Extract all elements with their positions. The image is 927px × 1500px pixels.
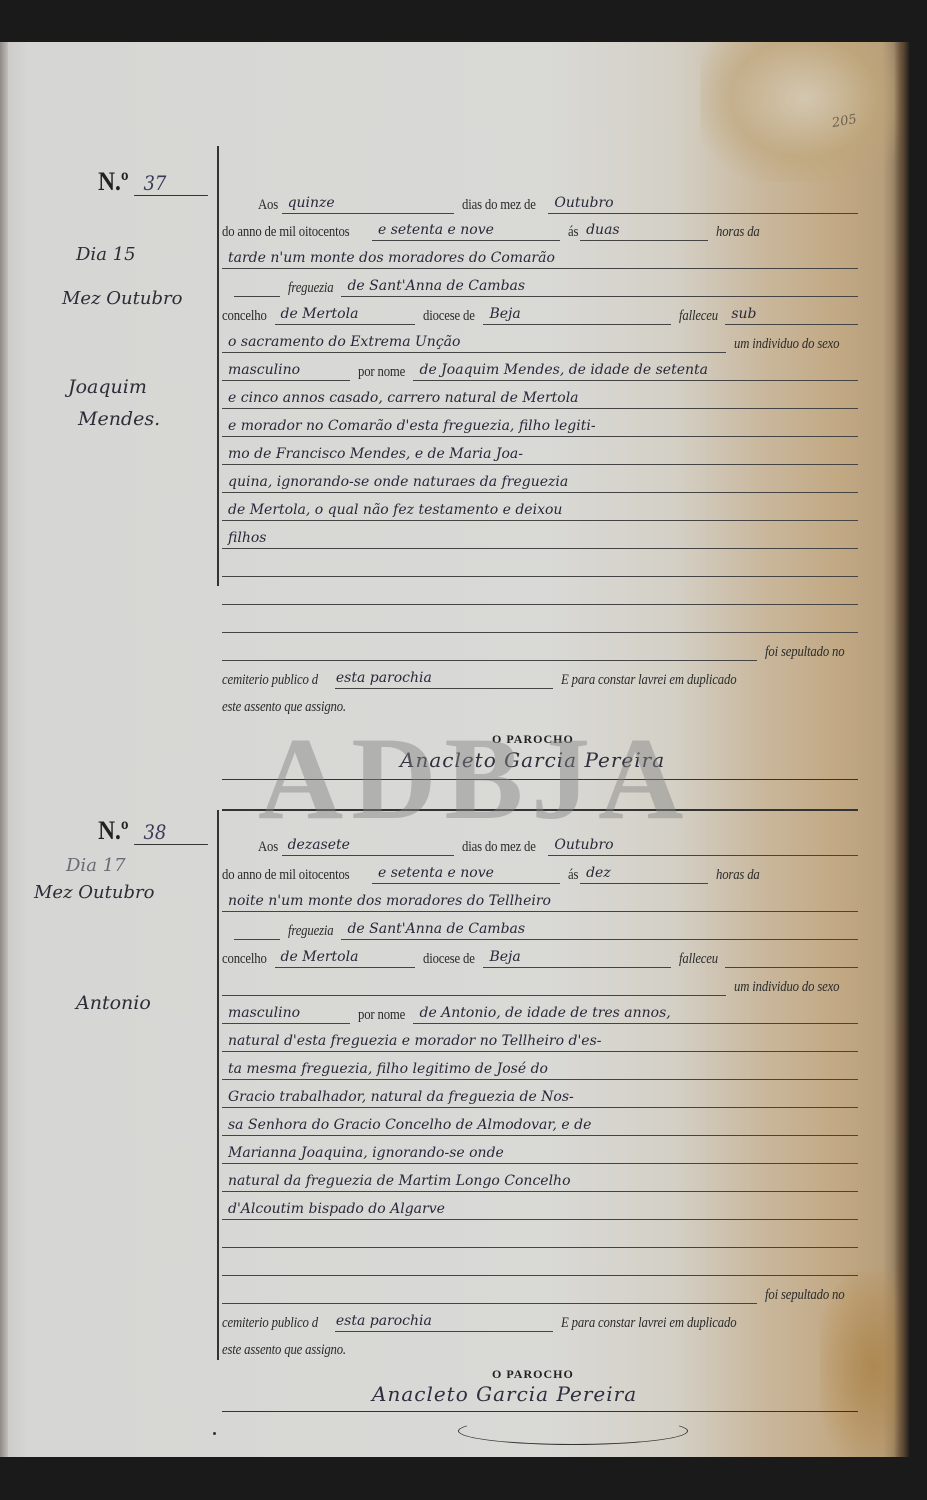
blank-line	[222, 581, 858, 605]
blank-line	[222, 1224, 858, 1248]
body-line: Marianna Joaquina, ignorando-se onde	[222, 1140, 858, 1164]
margin-rule-entry-37	[217, 146, 219, 586]
field-day: quinze	[282, 192, 454, 214]
water-stain-top	[700, 42, 910, 182]
line-cemiterio: cemiterio publico d esta parochia E para…	[222, 665, 858, 689]
line-sepultado: foi sepultado no	[222, 637, 858, 661]
line-place: noite n'um monte dos moradores do Tellhe…	[222, 888, 858, 912]
body-line: sa Senhora do Gracio Concelho de Almodov…	[222, 1112, 858, 1136]
field-day: dezasete	[282, 834, 454, 856]
body-line: natural da freguezia de Martim Longo Con…	[222, 1168, 858, 1192]
field-concelho: de Mertola	[275, 303, 415, 325]
line-place: tarde n'um monte dos moradores do Comarã…	[222, 245, 858, 269]
line-aos: Aos quinze dias do mez de Outubro	[222, 190, 858, 214]
field-concelho: de Mertola	[275, 946, 415, 968]
line-anno: do anno de mil oitocentos e setenta e no…	[222, 860, 858, 884]
entry-number-value: 38	[134, 820, 208, 845]
line-cause: um individuo do sexo	[222, 972, 858, 996]
entry-number: N.º 37	[98, 167, 208, 197]
field-year: e setenta e nove	[372, 219, 560, 241]
signature-line	[222, 1411, 858, 1412]
line-sexo-nome: masculino por nome de Joaquim Mendes, de…	[222, 357, 858, 381]
parocho-signature: Anacleto Garcia Pereira	[372, 1382, 637, 1406]
margin-month: Mez Outubro	[62, 286, 182, 312]
line-cemiterio: cemiterio publico d esta parochia E para…	[222, 1308, 858, 1332]
body-line: e morador no Comarão d'esta freguezia, f…	[222, 413, 858, 437]
line-cause: o sacramento do Extrema Unção um individ…	[222, 329, 858, 353]
body-line: natural d'esta freguezia e morador no Te…	[222, 1028, 858, 1052]
margin-month: Mez Outubro	[34, 880, 154, 906]
body-line: filhos	[222, 525, 858, 549]
parocho-label: O PAROCHO	[492, 1367, 574, 1382]
line-assento: este assento que assigno.	[222, 1335, 858, 1359]
signature-flourish	[458, 1417, 688, 1445]
field-diocese: Beja	[483, 946, 671, 968]
blank-line	[222, 609, 858, 633]
field-cause: o sacramento do Extrema Unção	[222, 331, 726, 353]
field-hour: dez	[580, 862, 708, 884]
body-line: e cinco annos casado, carrero natural de…	[222, 385, 858, 409]
margin-name-1: Antonio	[76, 990, 151, 1016]
field-cause	[222, 974, 726, 996]
margin-day: Dia 17	[66, 853, 126, 879]
field-freguezia: de Sant'Anna de Cambas	[341, 918, 858, 940]
field-place: tarde n'um monte dos moradores do Comarã…	[222, 247, 858, 269]
line-aos: Aos dezasete dias do mez de Outubro	[222, 832, 858, 856]
field-year: e setenta e nove	[372, 862, 560, 884]
line-concelho: concelho de Mertola diocese de Beja fall…	[222, 301, 858, 325]
field-cemiterio: esta parochia	[335, 1310, 553, 1332]
field-hour: duas	[580, 219, 708, 241]
register-page: 205 N.º 37 Dia 15 Mez Outubro Joaquim Me…	[0, 42, 910, 1457]
line-anno: do anno de mil oitocentos e setenta e no…	[222, 217, 858, 241]
entry-number-value: 37	[134, 171, 208, 196]
field-diocese: Beja	[483, 303, 671, 325]
body-line: ta mesma freguezia, filho legitimo de Jo…	[222, 1056, 858, 1080]
field-falleceu-note	[725, 946, 858, 968]
body-line: quina, ignorando-se onde naturaes da fre…	[222, 469, 858, 493]
ink-mark	[213, 1432, 216, 1435]
field-month: Outubro	[548, 192, 858, 214]
body-line: de Mertola, o qual não fez testamento e …	[222, 497, 858, 521]
torn-page-edge	[894, 42, 910, 1457]
body-line: mo de Francisco Mendes, e de Maria Joa-	[222, 441, 858, 465]
field-place: noite n'um monte dos moradores do Tellhe…	[222, 890, 858, 912]
margin-rule-entry-38	[217, 810, 219, 1360]
line-freguezia: freguezia de Sant'Anna de Cambas	[222, 273, 858, 297]
entry-number: N.º 38	[98, 816, 208, 846]
field-name: de Antonio, de idade de tres annos,	[413, 1002, 858, 1024]
line-sepultado: foi sepultado no	[222, 1280, 858, 1304]
field-freguezia: de Sant'Anna de Cambas	[341, 275, 858, 297]
body-line: d'Alcoutim bispado do Algarve	[222, 1196, 858, 1220]
archive-watermark: ADBJA	[258, 720, 691, 838]
field-sexo: masculino	[222, 1002, 350, 1024]
margin-name-1: Joaquim	[68, 374, 147, 400]
line-concelho: concelho de Mertola diocese de Beja fall…	[222, 944, 858, 968]
margin-day: Dia 15	[76, 242, 136, 268]
line-sexo-nome: masculino por nome de Antonio, de idade …	[222, 1000, 858, 1024]
body-line: Gracio trabalhador, natural da freguezia…	[222, 1084, 858, 1108]
line-freguezia: freguezia de Sant'Anna de Cambas	[222, 916, 858, 940]
blank-line	[222, 1252, 858, 1276]
margin-name-2: Mendes.	[78, 406, 160, 432]
field-name: de Joaquim Mendes, de idade de setenta	[413, 359, 858, 381]
field-month: Outubro	[548, 834, 858, 856]
blank-line	[222, 553, 858, 577]
field-falleceu-note: sub	[725, 303, 858, 325]
field-cemiterio: esta parochia	[335, 667, 553, 689]
field-sexo: masculino	[222, 359, 350, 381]
